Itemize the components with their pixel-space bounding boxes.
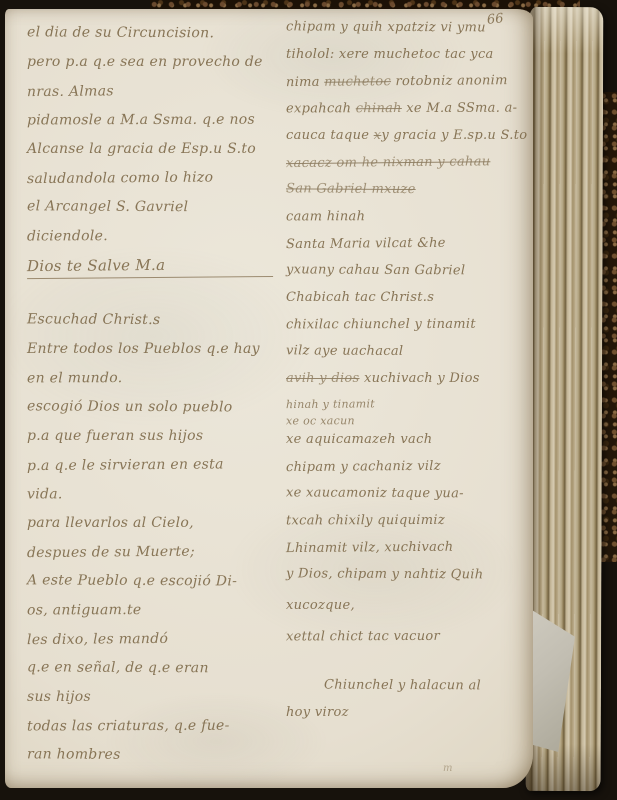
line-text: diciendole. <box>27 228 108 244</box>
line-text: les dixo, les mandó <box>27 631 168 648</box>
line-text: pero p.a q.e sea en provecho de <box>27 54 263 70</box>
manuscript-line: p.a q.e le sirvieran en esta <box>27 456 285 474</box>
line-text: p.a q.e le sirvieran en esta <box>27 456 224 474</box>
line-text: escogió Dios un solo pueblo <box>27 398 233 415</box>
manuscript-line: A este Pueblo q.e escojió Di- <box>27 572 285 589</box>
manuscript-line: tiholol: xere muchetoc tac yca <box>286 47 536 62</box>
manuscript-line: hoy viroz <box>286 705 536 720</box>
line-text: xucozque, <box>286 598 355 613</box>
manuscript-line: vida. <box>27 486 285 503</box>
manuscript-line: chipam y cachaniz vilz <box>286 458 536 475</box>
manuscript-line: cauca taque xy gracia y E.sp.u S.to <box>286 128 536 143</box>
struck-text: chinah <box>356 101 402 116</box>
underlined-heading: Dios te Salve M.a <box>27 256 273 279</box>
manuscript-line: Entre todos los Pueblos q.e hay <box>27 341 285 357</box>
line-text: en el mundo. <box>27 370 123 386</box>
manuscript-line: Santa Maria vilcat &he <box>286 235 536 252</box>
manuscript-line: escogió Dios un solo pueblo <box>27 398 285 415</box>
left-text-column: el dia de su Circuncision.pero p.a q.e s… <box>27 25 285 776</box>
manuscript-line: avih y dios xuchivach y Dios <box>286 371 536 386</box>
line-text: q.e en señal, de q.e eran <box>27 659 209 676</box>
line-text: ran hombres <box>27 746 121 762</box>
right-text-column: chipam y quih xpatziz vi ymutiholol: xer… <box>286 20 536 732</box>
line-text: el dia de su Circuncision. <box>27 24 214 41</box>
line-text: chixilac chiunchel y tinamit <box>286 317 476 333</box>
line-text: Entre todos los Pueblos q.e hay <box>27 341 260 357</box>
line-text: el Arcangel S. Gavriel <box>27 198 188 215</box>
manuscript-line: diciendole. <box>27 228 285 245</box>
manuscript-line: q.e en señal, de q.e eran <box>27 659 285 676</box>
manuscript-line: xacacz om he nixman y cahau <box>286 154 536 171</box>
manuscript-line: Escuchad Christ.s <box>27 311 285 328</box>
manuscript-line: el dia de su Circuncision. <box>27 24 285 41</box>
manuscript-line: pidamosle a M.a Ssma. q.e nos <box>27 112 285 129</box>
manuscript-line: os, antiguam.te <box>27 602 285 619</box>
struck-text: muchetoc <box>324 74 391 90</box>
manuscript-line: Lhinamit vilz, xuchivach <box>286 539 536 556</box>
manuscript-line: p.a que fueran sus hijos <box>27 428 285 444</box>
manuscript-line: Alcanse la gracia de Esp.u S.to <box>27 141 285 157</box>
manuscript-line: sus hijos <box>27 689 285 705</box>
line-text: os, antiguam.te <box>27 602 142 618</box>
manuscript-line: xe oc xacun <box>286 415 536 428</box>
line-text: pidamosle a M.a Ssma. q.e nos <box>27 112 255 129</box>
manuscript-line: ran hombres <box>27 746 285 763</box>
line-text: yxuany cahau San Gabriel <box>286 262 465 278</box>
line-text: Santa Maria vilcat &he <box>286 236 446 252</box>
line-text: xe oc xacun <box>286 414 355 427</box>
line-text: despues de su Muerte; <box>27 544 195 561</box>
book-photo-background: 66 el dia de su Circuncision.pero p.a q.… <box>0 0 617 800</box>
line-text: vida. <box>27 486 63 502</box>
line-text: A este Pueblo q.e escojió Di- <box>27 572 237 589</box>
line-text: chipam y quih xpatziz vi ymu <box>286 19 486 35</box>
line-text: xuchivach y Dios <box>360 371 480 386</box>
manuscript-line: xe aquicamazeh vach <box>286 432 536 447</box>
manuscript-line: xucozque, <box>286 598 536 613</box>
line-text: y Dios, chipam y nahtiz Quih <box>286 566 484 582</box>
manuscript-line: chipam y quih xpatziz vi ymu <box>286 19 536 35</box>
line-text: sus hijos <box>27 689 91 705</box>
manuscript-line: nima muchetoc rotobniz anonim <box>286 73 536 90</box>
line-text: xe aquicamazeh vach <box>286 432 432 447</box>
manuscript-line: chixilac chiunchel y tinamit <box>286 317 536 333</box>
struck-text: avih y dios <box>286 371 360 386</box>
manuscript-line: pero p.a q.e sea en provecho de <box>27 54 285 70</box>
line-text: Escuchad Christ.s <box>27 311 160 328</box>
manuscript-line: para llevarlos al Cielo, <box>27 515 285 531</box>
line-text: nima <box>286 75 324 90</box>
line-text: expahcah <box>286 101 356 116</box>
manuscript-line: vilz aye uachacal <box>286 343 536 359</box>
manuscript-line: Chiunchel y halacun al <box>286 677 536 693</box>
manuscript-line: xettal chict tac vacuor <box>286 629 536 645</box>
line-text: xe xaucamoniz taque yua- <box>286 485 464 501</box>
quire-mark: m <box>443 763 452 774</box>
manuscript-line: expahcah chinah xe M.a SSma. a- <box>286 101 536 117</box>
manuscript-line: hinah y tinamit <box>286 397 536 411</box>
manuscript-line: el Arcangel S. Gavriel <box>27 198 285 215</box>
line-text: xettal chict tac vacuor <box>286 629 440 645</box>
manuscript-line: txcah chixily quiquimiz <box>286 513 536 529</box>
struck-text: xacacz om he nixman y cahau <box>286 154 491 171</box>
line-text: caam hinah <box>286 209 365 224</box>
line-text: Chiunchel y halacun al <box>324 678 481 694</box>
line-text: p.a que fueran sus hijos <box>27 428 203 444</box>
struck-text: San Gabriel mxuze <box>286 181 416 197</box>
line-text: para llevarlos al Cielo, <box>27 515 194 531</box>
line-text: vilz aye uachacal <box>286 343 403 359</box>
manuscript-line: despues de su Muerte; <box>27 543 285 561</box>
manuscript-line: nras. Almas <box>27 82 285 100</box>
line-text: y gracia y E.sp.u S.to <box>381 128 527 143</box>
manuscript-line: les dixo, les mandó <box>27 630 285 648</box>
line-text: Alcanse la gracia de Esp.u S.to <box>27 141 256 157</box>
line-text: rotobniz anonim <box>391 73 508 89</box>
struck-text: x <box>374 128 382 143</box>
line-text: txcah chixily quiquimiz <box>286 513 445 529</box>
line-text: todas las criaturas, q.e fue- <box>27 718 230 735</box>
manuscript-line: todas las criaturas, q.e fue- <box>27 718 285 735</box>
line-text: chipam y cachaniz vilz <box>286 459 441 475</box>
line-text: tiholol: xere muchetoc tac yca <box>286 47 494 62</box>
line-text: saludandola como lo hizo <box>27 170 213 188</box>
line-text: Chabicah tac Christ.s <box>286 290 434 305</box>
line-text: Dios te Salve M.a <box>27 256 165 275</box>
manuscript-line: xe xaucamoniz taque yua- <box>286 485 536 501</box>
line-text: hoy viroz <box>286 705 349 720</box>
line-text: xe M.a SSma. a- <box>402 101 518 116</box>
manuscript-line: Dios te Salve M.a <box>27 256 285 279</box>
manuscript-page: 66 el dia de su Circuncision.pero p.a q.… <box>5 9 533 788</box>
line-text: cauca taque <box>286 128 374 143</box>
manuscript-line: Chabicah tac Christ.s <box>286 290 536 305</box>
line-text: hinah y tinamit <box>286 397 375 411</box>
manuscript-line: saludandola como lo hizo <box>27 169 285 187</box>
manuscript-line: San Gabriel mxuze <box>286 181 536 197</box>
manuscript-line: caam hinah <box>286 209 536 225</box>
manuscript-line: en el mundo. <box>27 370 285 387</box>
manuscript-line: yxuany cahau San Gabriel <box>286 262 536 278</box>
manuscript-line: y Dios, chipam y nahtiz Quih <box>286 566 536 582</box>
line-text: nras. Almas <box>27 83 114 100</box>
line-text: Lhinamit vilz, xuchivach <box>286 540 453 556</box>
